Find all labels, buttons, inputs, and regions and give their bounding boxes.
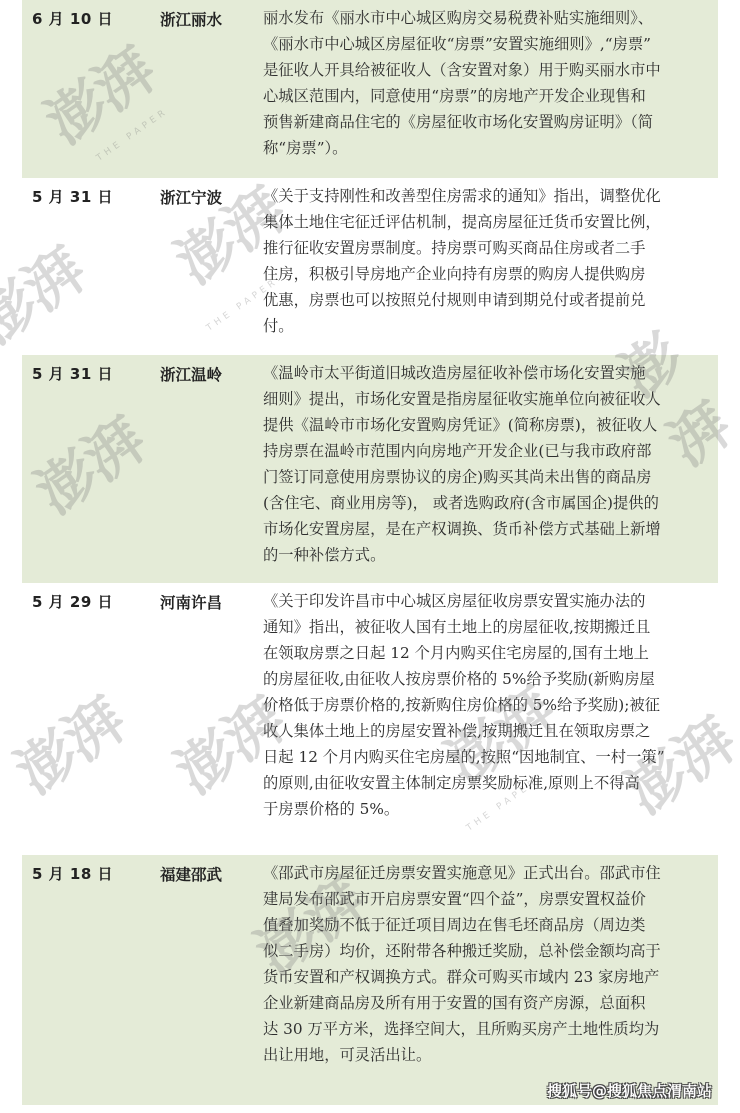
content-line: 称“房票”）。 [263,135,715,161]
row-city: 浙江温岭 [160,363,222,385]
content-line: 的房屋征收,由征收人按房票价格的 5%给予奖励(新购房屋 [263,666,715,692]
content-line: 提供《温岭市市场化安置购房凭证》(简称房票)，被征收人 [263,412,715,438]
content-line: 达 30 万平方米，选择空间大，且所购买房产土地性质均为 [263,1016,715,1042]
content-line: 似二手房）均价，还附带各种搬迁奖励，总补偿金额均高于 [263,938,715,964]
content-line: 的一种补偿方式。 [263,542,715,568]
table-row: 5 月 18 日 福建邵武 《邵武市房屋征迁房票安置实施意见》正式出台。邵武市住… [22,855,718,1105]
table-row: 6 月 10 日 浙江丽水 丽水发布《丽水市中心城区购房交易税费补贴实施细则》、… [22,0,718,178]
row-content: 《邵武市房屋征迁房票安置实施意见》正式出台。邵武市住 建局发布邵武市开启房票安置… [263,860,715,1068]
row-content: 《关于印发许昌市中心城区房屋征收房票安置实施办法的 通知》指出，被征收人国有土地… [263,588,715,822]
content-line: 日起 12 个月内购买住宅房屋的,按照“因地制宜、一村一策” [263,744,715,770]
source-credit: 搜狐号@搜狐焦点渭南站 [547,1080,712,1101]
row-city: 河南许昌 [160,591,222,613]
content-line: 是征收人开具给被征收人（含安置对象）用于购买丽水市中 [263,57,715,83]
content-line: 《温岭市太平街道旧城改造房屋征收补偿市场化安置实施 [263,360,715,386]
content-line: 持房票在温岭市范围内向房地产开发企业(已与我市政府部 [263,438,715,464]
row-content: 丽水发布《丽水市中心城区购房交易税费补贴实施细则》、 《丽水市中心城区房屋征收“… [263,5,715,161]
content-line: 《丽水市中心城区房屋征收“房票”安置实施细则》,“房票” [263,31,715,57]
table-row: 5 月 31 日 浙江温岭 《温岭市太平街道旧城改造房屋征收补偿市场化安置实施 … [22,355,718,583]
content-line: 预售新建商品住宅的《房屋征收市场化安置购房证明》（简 [263,109,715,135]
table-row: 5 月 31 日 浙江宁波 《关于支持刚性和改善型住房需求的通知》指出，调整优化… [22,178,718,355]
row-content: 《温岭市太平街道旧城改造房屋征收补偿市场化安置实施 细则》提出，市场化安置是指房… [263,360,715,568]
content-line: 的原则,由征收安置主体制定房票奖励标准,原则上不得高 [263,770,715,796]
content-line: 付。 [263,313,715,339]
content-line: 通知》指出，被征收人国有土地上的房屋征收,按期搬迁且 [263,614,715,640]
content-line: 丽水发布《丽水市中心城区购房交易税费补贴实施细则》、 [263,5,715,31]
content-line: 门签订同意使用房票协议的房企)购买其尚未出售的商品房 [263,464,715,490]
row-city: 福建邵武 [160,863,222,885]
content-line: 收人集体土地上的房屋安置补偿,按期搬迁且在领取房票之 [263,718,715,744]
content-line: 细则》提出，市场化安置是指房屋征收实施单位向被征收人 [263,386,715,412]
content-line: 出让用地，可灵活出让。 [263,1042,715,1068]
content-line: 集体土地住宅征迁评估机制，提高房屋征迁货币安置比例， [263,209,715,235]
content-line: 优惠，房票也可以按照兑付规则申请到期兑付或者提前兑 [263,287,715,313]
row-city: 浙江宁波 [160,186,222,208]
policy-table: 6 月 10 日 浙江丽水 丽水发布《丽水市中心城区购房交易税费补贴实施细则》、… [22,0,718,1105]
row-date: 5 月 31 日 [32,363,113,384]
row-content: 《关于支持刚性和改善型住房需求的通知》指出，调整优化 集体土地住宅征迁评估机制，… [263,183,715,339]
row-date: 5 月 31 日 [32,186,113,207]
content-line: 建局发布邵武市开启房票安置“四个益”，房票安置权益价 [263,886,715,912]
content-line: (含住宅、商业用房等)， 或者选购政府(含市属国企)提供的 [263,490,715,516]
content-line: 市场化安置房屋，是在产权调换、货币补偿方式基础上新增 [263,516,715,542]
content-line: 企业新建商品房及所有用于安置的国有资产房源，总面积 [263,990,715,1016]
row-date: 5 月 18 日 [32,863,113,884]
content-line: 心城区范围内，同意使用“房票”的房地产开发企业现售和 [263,83,715,109]
row-date: 6 月 10 日 [32,8,113,29]
content-line: 在领取房票之日起 12 个月内购买住宅房屋的,国有土地上 [263,640,715,666]
content-line: 《邵武市房屋征迁房票安置实施意见》正式出台。邵武市住 [263,860,715,886]
row-city: 浙江丽水 [160,8,222,30]
content-line: 于房票价格的 5%。 [263,796,715,822]
table-row: 5 月 29 日 河南许昌 《关于印发许昌市中心城区房屋征收房票安置实施办法的 … [22,583,718,855]
content-line: 《关于支持刚性和改善型住房需求的通知》指出，调整优化 [263,183,715,209]
content-line: 货币安置和产权调换方式。群众可购买市域内 23 家房地产 [263,964,715,990]
content-line: 住房，积极引导房地产企业向持有房票的购房人提供购房 [263,261,715,287]
content-line: 《关于印发许昌市中心城区房屋征收房票安置实施办法的 [263,588,715,614]
content-line: 值叠加奖励不低于征迁项目周边在售毛坯商品房（周边类 [263,912,715,938]
row-date: 5 月 29 日 [32,591,113,612]
content-line: 推行征收安置房票制度。持房票可购买商品住房或者二手 [263,235,715,261]
content-line: 价格低于房票价格的,按新购住房价格的 5%给予奖励);被征 [263,692,715,718]
